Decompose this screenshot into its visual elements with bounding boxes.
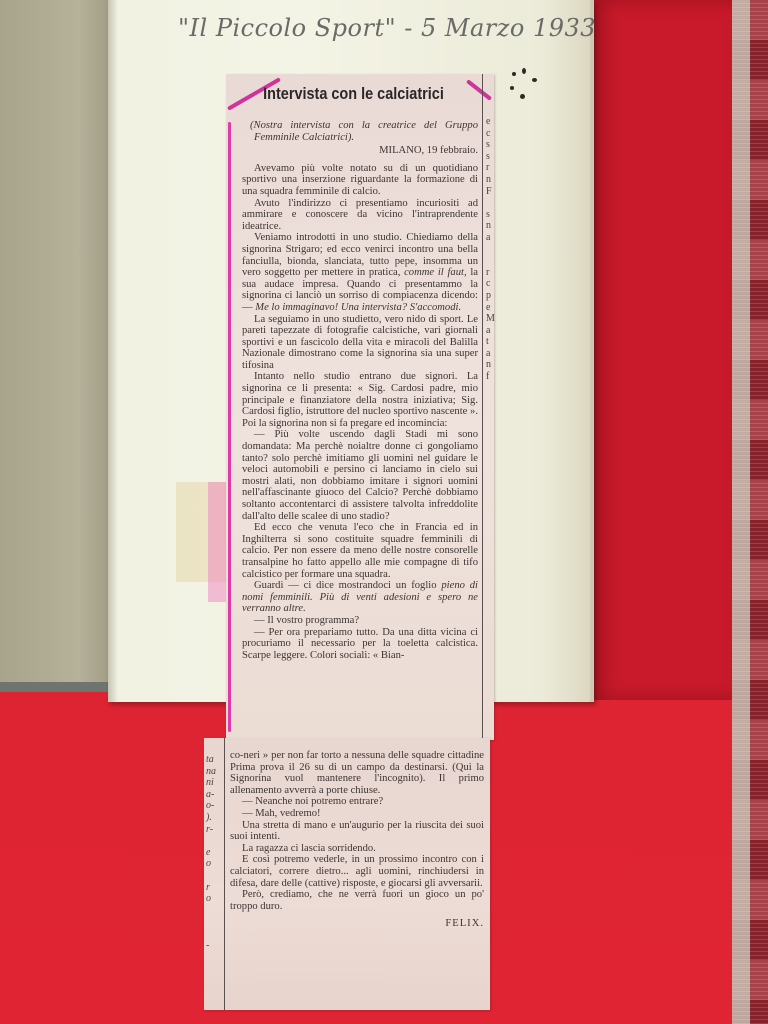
highlighter-margin-line <box>228 122 231 732</box>
paragraph: La seguiamo in uno studietto, vero nido … <box>242 314 478 372</box>
checkered-cloth <box>732 0 768 1024</box>
paragraph: Una stretta di mano e un'augurio per la … <box>230 820 484 843</box>
handwritten-source-note: "Il Piccolo Sport" - 5 Marzo 1933 <box>178 14 558 42</box>
column-rule <box>482 74 483 740</box>
paragraph: Però, crediamo, che ne verrà fuori un gi… <box>230 889 484 912</box>
adjacent-column-fragments: e c s s r n F s n a r c p e M a t a n f <box>486 116 495 383</box>
paragraph: La ragazza ci lascia sorridendo. <box>230 843 484 855</box>
paragraph: — Il vostro programma? <box>242 615 478 627</box>
page-fold-shadow <box>108 0 118 702</box>
newspaper-clipping-top: Intervista con le calciatrici e c s s r … <box>226 74 494 740</box>
article-body: (Nostra intervista con la creatrice del … <box>242 120 478 661</box>
paragraph: Avuto l'indirizzo ci presentiamo incurio… <box>242 198 478 233</box>
red-book-cover <box>590 0 732 700</box>
article-dateline: MILANO, 19 febbraio. <box>242 145 478 157</box>
paragraph: Guardi — ci dice mostrandoci un foglio p… <box>242 580 478 615</box>
article-subheading: (Nostra intervista con la creatrice del … <box>242 120 478 143</box>
adjacent-column-fragments: ta na ni a- o- ). r- e o r o - <box>206 754 216 951</box>
paragraph: Intanto nello studio entrano due signori… <box>242 371 478 429</box>
paragraph: Veniamo introdotti in uno studio. Chiedi… <box>242 232 478 313</box>
paragraph: Ed ecco che venuta l'eco che in Francia … <box>242 522 478 580</box>
highlighter-mark <box>466 79 492 101</box>
ink-spots <box>508 68 548 108</box>
paragraph: co-neri » per non far torto a nessuna de… <box>230 750 484 796</box>
newspaper-clipping-bottom: ta na ni a- o- ). r- e o r o - co-neri »… <box>204 738 490 1010</box>
grey-album-page <box>0 0 112 690</box>
article-body-continued: co-neri » per non far torto a nessuna de… <box>230 750 484 930</box>
paragraph: — Più volte uscendo dagli Stadi mi sono … <box>242 429 478 522</box>
paragraph: Avevamo più volte notato su di un quotid… <box>242 163 478 198</box>
paragraph: — Per ora prepariamo tutto. Da una ditta… <box>242 627 478 662</box>
article-headline: Intervista con le calciatrici <box>245 84 462 104</box>
paragraph: E così potremo vederle, in un prossimo i… <box>230 854 484 889</box>
paragraph: — Mah, vedremo! <box>230 808 484 820</box>
column-rule <box>224 738 225 1010</box>
paragraph: — Neanche noi potremo entrare? <box>230 796 484 808</box>
article-signature: FELIX. <box>230 918 484 930</box>
page-edge <box>0 682 112 692</box>
